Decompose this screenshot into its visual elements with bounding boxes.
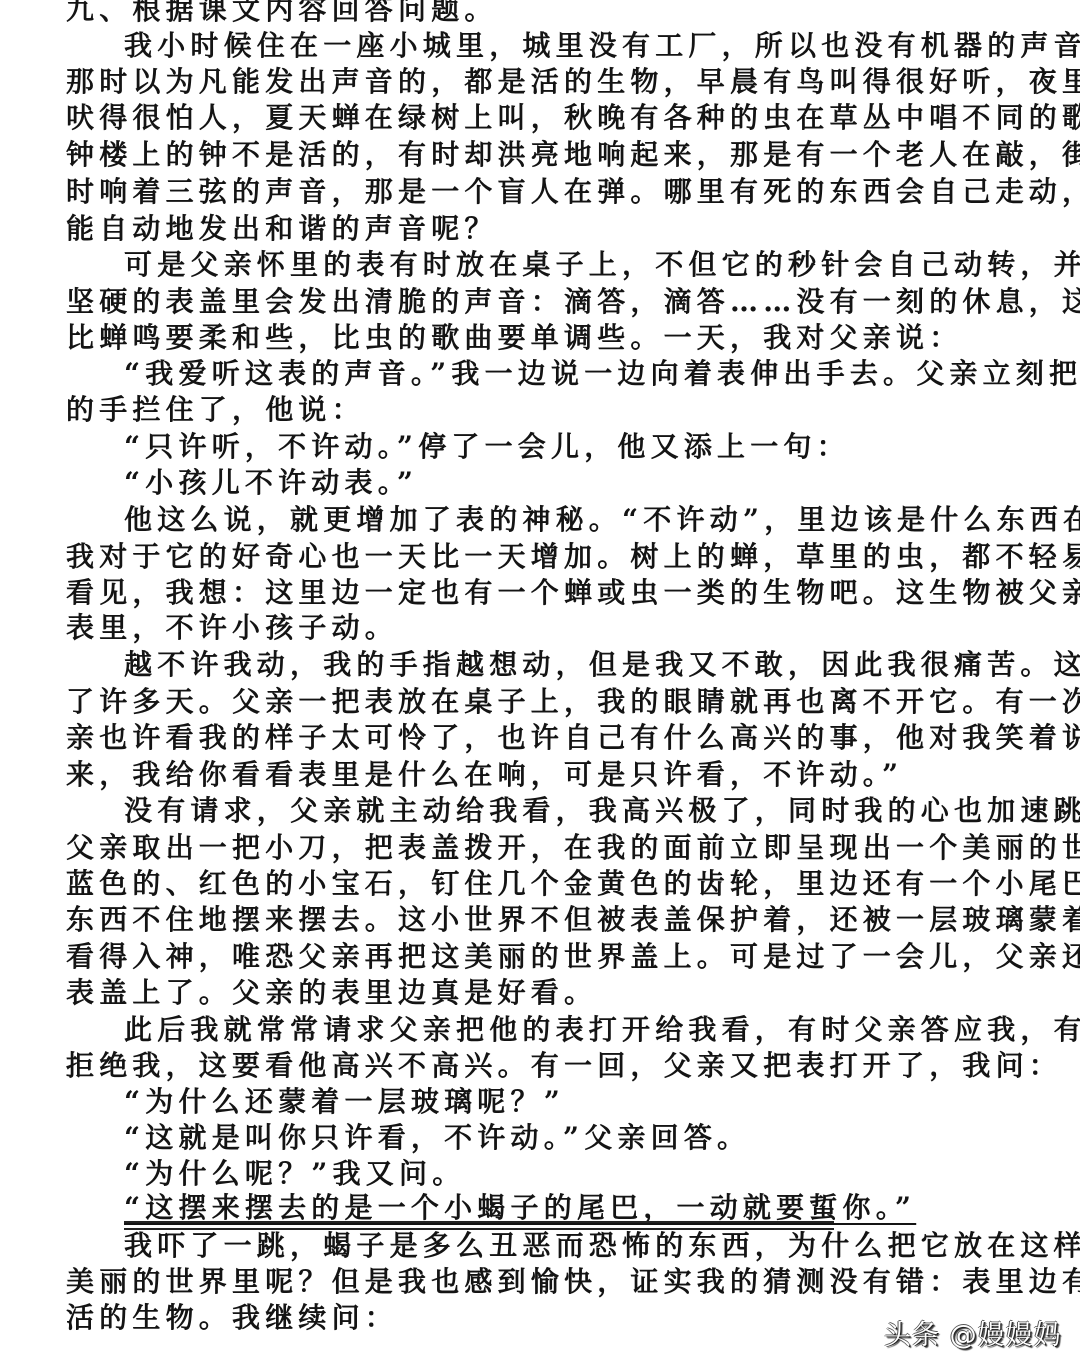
text-line: 没有请求，父亲就主动给我看，我高兴极了，同时我的心也加速跳动。 xyxy=(124,793,1016,829)
text-line: 此后我就常常请求父亲把他的表打开给我看，有时父亲答应我，有时却 xyxy=(124,1012,1016,1048)
text-line: 坚硬的表盖里会发出清脆的声音：滴答，滴答……没有一刻的休息，这声音 xyxy=(66,284,1016,320)
text-line: 表盖上了。父亲的表里边真是好看。 xyxy=(66,975,1016,1011)
text-line: 吠得很怕人，夏天蝉在绿树上叫，秋晚有各种的虫在草丛中唱不同的歌曲； xyxy=(66,100,1016,136)
text-line: “为什么呢？”我又问。 xyxy=(124,1156,1016,1192)
text-line: 他这么说，就更增加了表的神秘。“不许动”，里边该是什么东西在响呢？ xyxy=(124,502,1016,538)
text-line: “只许听，不许动。”停了一会儿，他又添上一句： xyxy=(124,429,1016,465)
text-line: 活的生物。我继续问： xyxy=(66,1300,1016,1336)
text-line: 的手拦住了，他说： xyxy=(66,392,1016,428)
text-line: 可是父亲怀里的表有时放在桌子上，不但它的秒针会自己动转，并且它 xyxy=(124,247,1016,283)
text-line: 了许多天。父亲一把表放在桌子上，我的眼睛就再也离不开它。有一次，父 xyxy=(66,684,1016,720)
text-line: 亲也许看我的样子太可怜了，也许自己有什么高兴的事，他对我笑着说：“你 xyxy=(66,720,1016,756)
text-line: 来，我给你看看表里是什么在响，可是只许看，不许动。” xyxy=(66,757,1016,793)
text-line: “为什么还蒙着一层玻璃呢？” xyxy=(124,1084,1016,1120)
watermark-label: 头条 @嫚嫚妈 xyxy=(884,1313,1062,1352)
text-line: 表里，不许小孩子动。 xyxy=(66,610,1016,646)
text-line: 蓝色的、红色的小宝石，钉住几个金黄色的齿轮，里边还有一个小尾巴似的 xyxy=(66,866,1016,902)
text-line: 我小时候住在一座小城里，城里没有工厂，所以也没有机器的声音。我 xyxy=(124,28,1016,64)
text-line: 比蝉鸣要柔和些，比虫的歌曲要单调些。一天，我对父亲说： xyxy=(66,320,1016,356)
text-line: 看见，我想：这里边一定也有一个蝉或虫一类的生物吧。这生物被父亲关在 xyxy=(66,575,1016,611)
text-line: 看得入神，唯恐父亲再把这美丽的世界盖上。可是过了一会儿，父亲还是把 xyxy=(66,939,1016,975)
text-line: 美丽的世界里呢？但是我也感到愉快，证实我的猜测没有错：表里边有一个 xyxy=(66,1264,1016,1300)
text-line: 我对于它的好奇心也一天比一天增加。树上的蝉，草里的虫，都不轻易被人 xyxy=(66,539,1016,575)
text-line: 拒绝我，这要看他高兴不高兴。有一回，父亲又把表打开了，我问： xyxy=(66,1048,1016,1084)
text-line: “我爱听这表的声音。”我一边说一边向着表伸出手去。父亲立刻把我 xyxy=(124,356,1016,392)
document-page: 九、根据课文内容回答问题。 我小时候住在一座小城里，城里没有工厂，所以也没有机器… xyxy=(0,0,1080,1366)
text-line: 钟楼上的钟不是活的，有时却洪亮地响起来，那是有一个老人在敲，街心有 xyxy=(66,137,1016,173)
text-line: “小孩儿不许动表。” xyxy=(124,465,1016,501)
text-line: 时响着三弦的声音，那是一个盲人在弹。哪里有死的东西会自己走动，并且 xyxy=(66,174,1016,210)
text-line: 那时以为凡能发出声音的，都是活的生物，早晨有鸟叫得很好听，夜里有狗 xyxy=(66,64,1016,100)
text-line: 能自动地发出和谐的声音呢？ xyxy=(66,211,1016,247)
text-line: 我吓了一跳，蝎子是多么丑恶而恐怖的东西，为什么把它放在这样一个 xyxy=(124,1228,1016,1264)
text-line: 越不许我动，我的手指越想动，但是我又不敢，因此我很痛苦。这样过 xyxy=(124,647,1016,683)
question-heading: 九、根据课文内容回答问题。 xyxy=(66,0,1016,28)
text-line: 东西不住地摆来摆去。这小世界不但被表盖保护着，还被一层玻璃蒙着。我 xyxy=(66,902,1016,938)
text-line: 父亲取出一把小刀，把表盖拨开，在我的面前立即呈现出一个美丽的世界： xyxy=(66,830,1016,866)
text-line: “这就是叫你只许看，不许动。”父亲回答。 xyxy=(124,1120,1016,1156)
